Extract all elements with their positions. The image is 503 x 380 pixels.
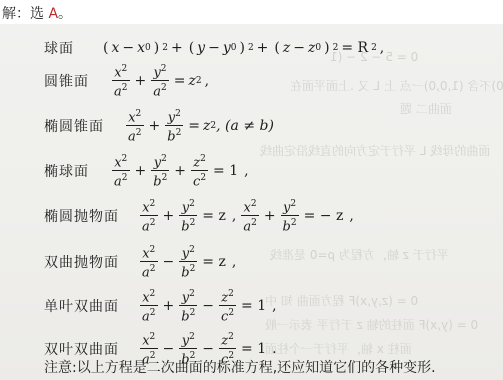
- exponent: 2: [371, 43, 377, 53]
- punct: ,: [380, 40, 384, 56]
- surface-row-cone: 圆锥面 x2a2+ y2a2 =z2,: [44, 62, 212, 100]
- surface-row-elliptic-paraboloid: 椭圆抛物面 x2a2+ y2b2 = z, x2a2+ y2b2 = − z,: [44, 197, 357, 235]
- eq-rhs: = z: [202, 254, 226, 270]
- eq-rhs: = 1: [213, 163, 238, 179]
- surface-label: 双曲抛物面: [44, 252, 138, 272]
- bleed-through-text: 0 = (y,x)F 面柱的轴 z 于行平 表示一般: [265, 316, 478, 333]
- equation: x2a2+ y2b2 = z, x2a2+ y2b2 = − z,: [138, 197, 357, 235]
- surface-row-elliptic-cone: 椭圆锥面 x2a2+ y2b2 =z2, (a ≠ b): [44, 107, 274, 145]
- bleed-through-text: 面曲二 题: [400, 100, 452, 117]
- surface-label: 圆锥面: [44, 71, 110, 91]
- equation: (x−x0)2+ (y−y0)2+ (z−z0)2 = R2,: [100, 40, 387, 56]
- condition: , (a ≠ b): [216, 118, 274, 134]
- answer-line: 解：选 A。: [0, 0, 503, 24]
- bleed-through-text: 0 = (z,y,x)F 程方面曲 知 中: [265, 292, 418, 309]
- bleed-through-text: 面柱 x 轴，平行于一个柱面: [265, 340, 412, 357]
- surface-label: 椭球面: [44, 161, 110, 181]
- answer-text: 解：选 A。: [2, 3, 72, 23]
- surface-label: 球面: [44, 38, 96, 58]
- surface-row-sphere: 球面 (x−x0)2+ (y−y0)2+ (z−z0)2 = R2,: [44, 38, 387, 58]
- surface-row-hyperbolic-paraboloid: 双曲抛物面 x2a2− y2b2 = z,: [44, 243, 239, 281]
- answer-suffix: 。: [58, 6, 72, 22]
- surface-label: 椭圆锥面: [44, 116, 124, 136]
- bleed-through-text: 面曲的母线 L 平行于定方向的直线沿定曲线: [260, 142, 490, 159]
- eq-rhs: = 1: [241, 298, 266, 314]
- equation: x2a2+ y2b2− z2c2 = 1,: [138, 287, 280, 325]
- surface-row-one-sheet-hyperboloid: 单叶双曲面 x2a2+ y2b2− z2c2 = 1,: [44, 287, 280, 325]
- bleed-through-text: 0)不含 (1,0,0)一点 上 L 又 .上面平面在: [290, 77, 503, 94]
- surface-row-ellipsoid: 椭球面 x2a2+ y2b2+ z2c2 = 1,: [44, 152, 252, 190]
- surface-label: 双叶双曲面: [44, 339, 138, 359]
- eq-rhs: = 1: [241, 341, 266, 357]
- note-text: 注意:以上方程是二次曲面的标准方程,还应知道它们的各种变形.: [44, 357, 436, 377]
- answer-prefix: 解：选: [2, 6, 48, 22]
- eq-rhs: = R: [341, 40, 368, 56]
- answer-choice: A: [48, 6, 58, 22]
- surface-label: 椭圆抛物面: [44, 206, 138, 226]
- eq-rhs: = − z: [304, 208, 344, 224]
- equation: x2a2+ y2b2 =z2, (a ≠ b): [124, 107, 274, 145]
- eq-rhs: = z: [202, 208, 226, 224]
- equation: x2a2+ y2a2 =z2,: [110, 62, 212, 100]
- equation: x2a2+ y2b2+ z2c2 = 1,: [110, 152, 252, 190]
- punct: .: [272, 341, 276, 357]
- bleed-through-text: 平行于 z 轴，方程为 ρ=0 是准线: [270, 246, 449, 263]
- equation: x2a2− y2b2 = z,: [138, 243, 239, 281]
- surface-label: 单叶双曲面: [44, 296, 138, 316]
